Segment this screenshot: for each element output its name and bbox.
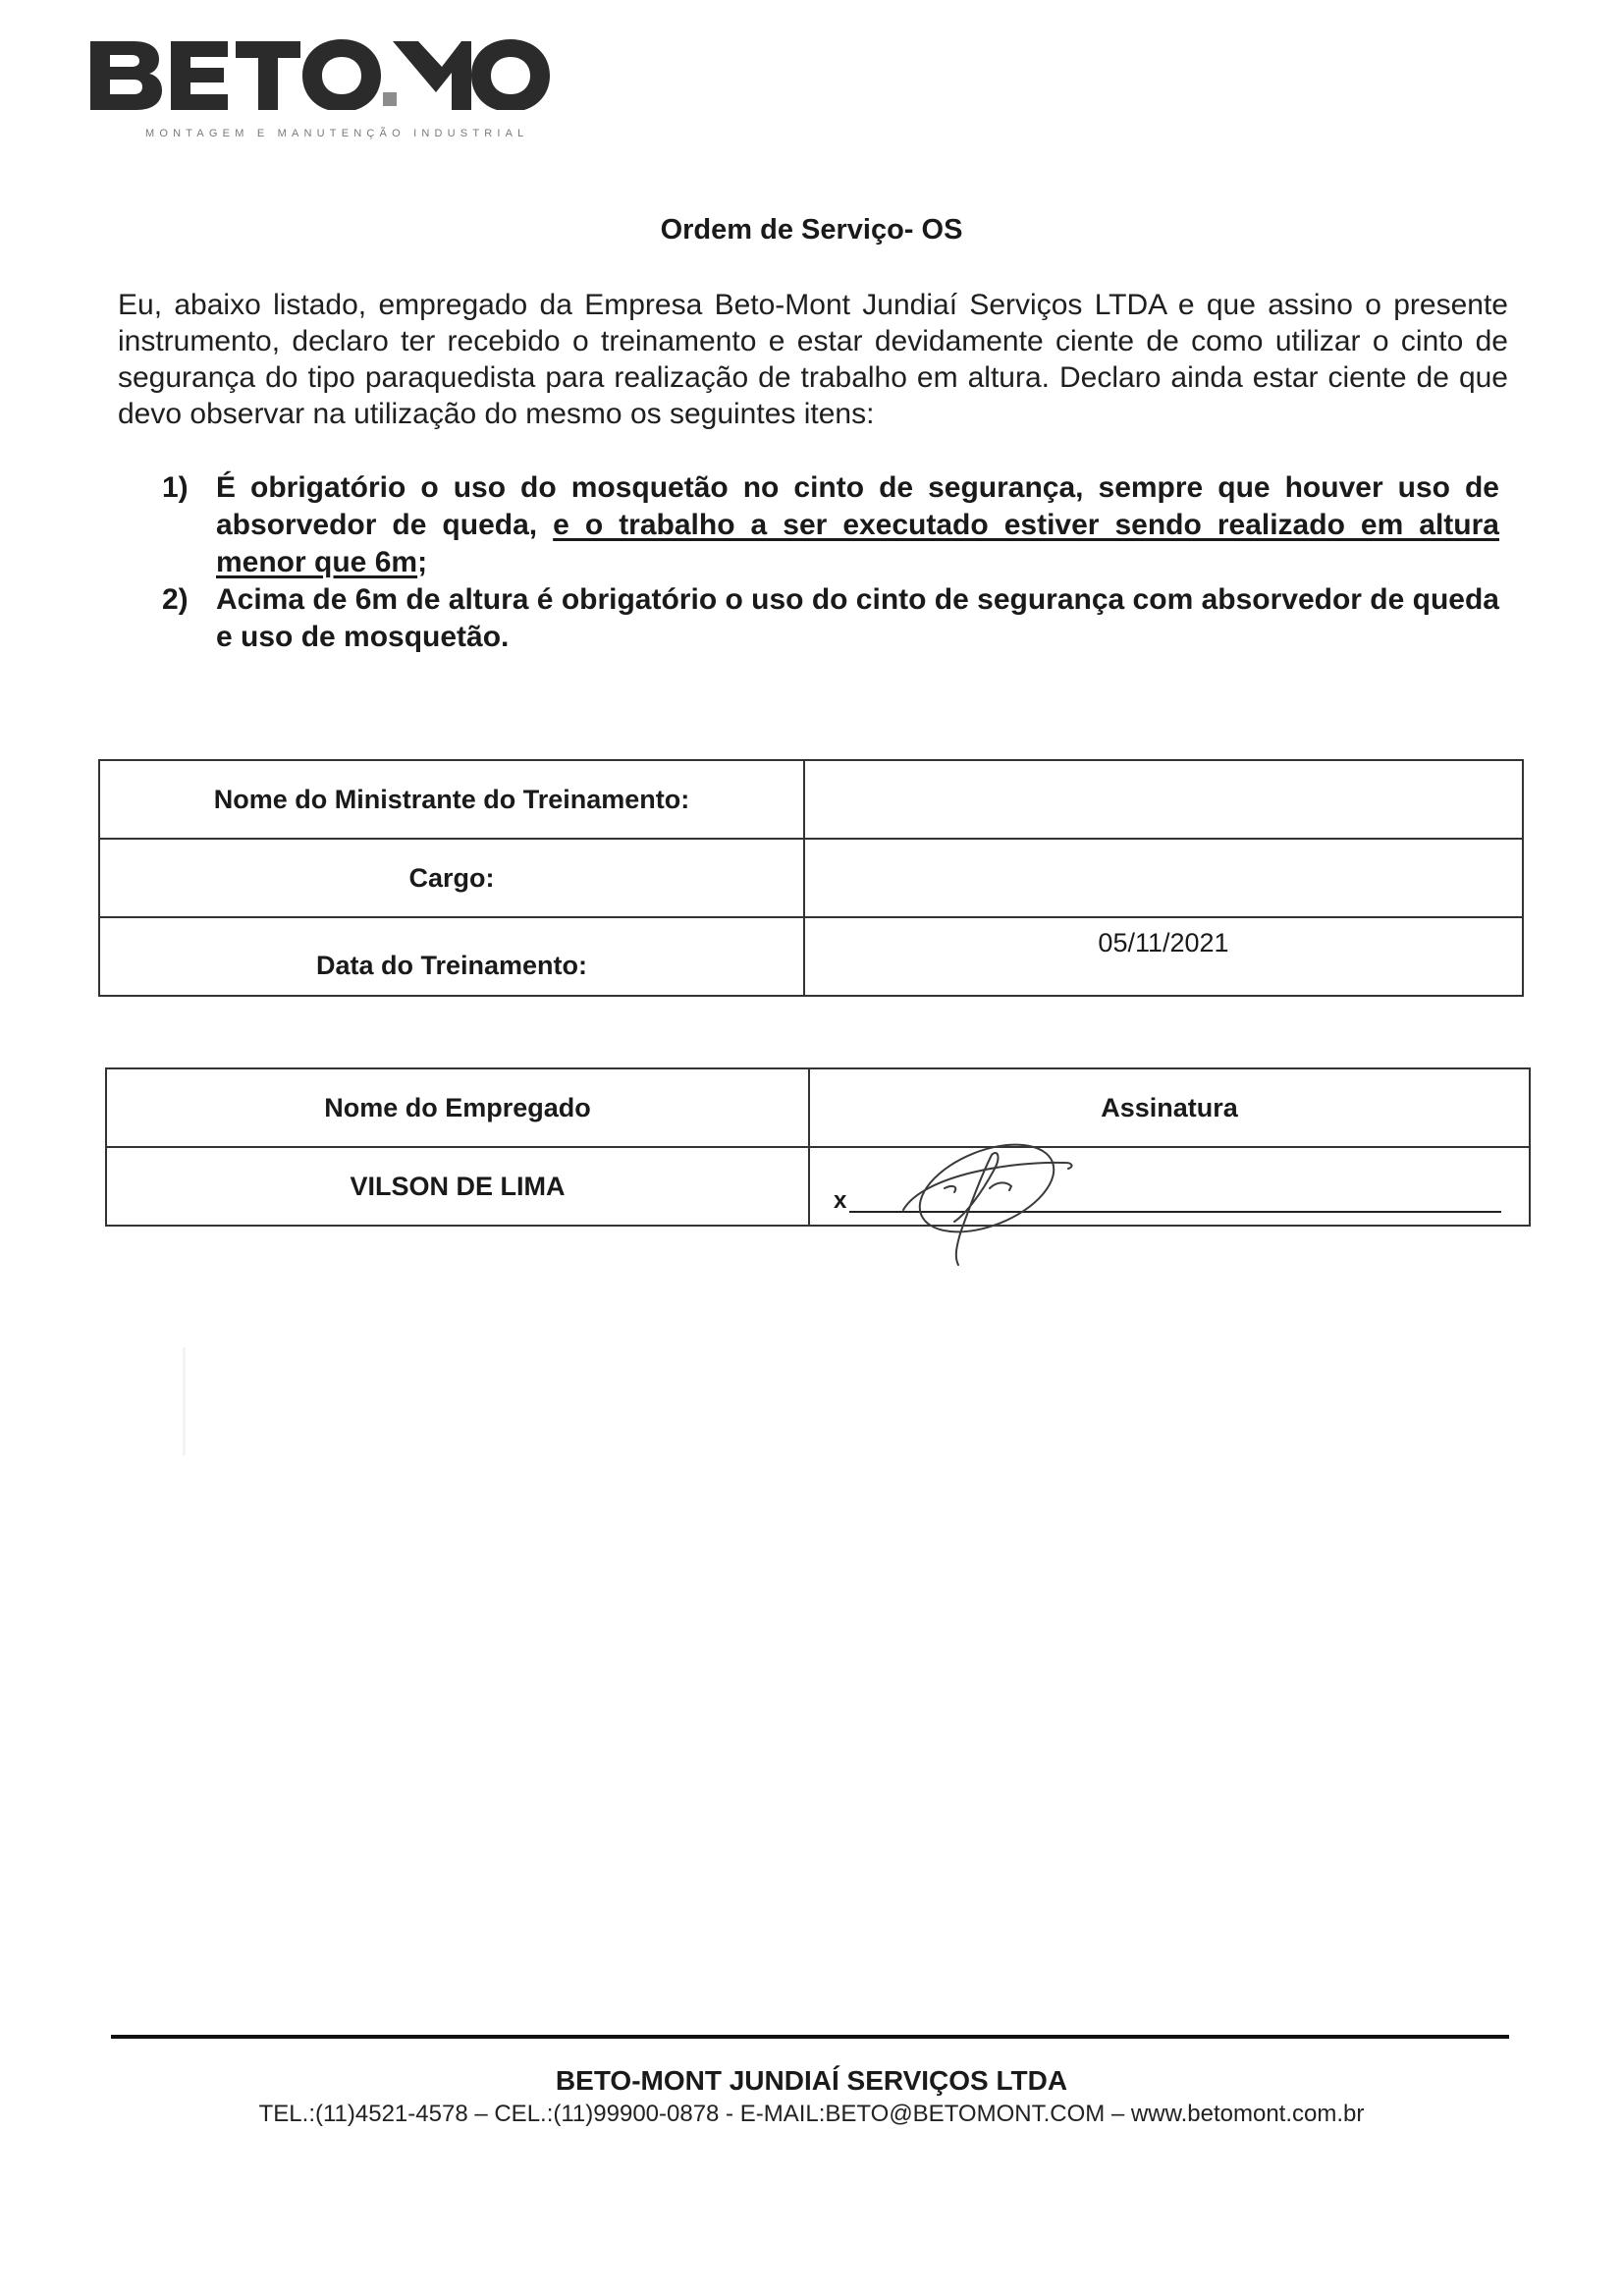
footer-divider — [111, 2035, 1509, 2039]
rule-text-tail: ; — [417, 546, 427, 578]
rule-number: 1) — [162, 469, 189, 507]
rules-list: 1) É obrigatório o uso do mosquetão no c… — [162, 469, 1499, 656]
signature-line — [849, 1211, 1501, 1213]
table-row: VILSON DE LIMA x — [106, 1147, 1530, 1226]
logo-tagline: MONTAGEM E MANUTENÇÃO INDUSTRIAL — [145, 128, 558, 139]
trainer-name-label: Nome do Ministrante do Treinamento: — [99, 760, 804, 839]
footer-contact-info: TEL.:(11)4521-4578 – CEL.:(11)99900-0878… — [0, 2101, 1623, 2128]
footer-company-name: BETO-MONT JUNDIAÍ SERVIÇOS LTDA — [0, 2065, 1623, 2097]
signature-prefix: x — [834, 1187, 846, 1215]
table-row: Data do Treinamento: 05/11/2021 — [99, 917, 1523, 996]
rule-item-2: 2) Acima de 6m de altura é obrigatório o… — [162, 581, 1499, 656]
table-header-row: Nome do Empregado Assinatura — [106, 1068, 1530, 1147]
training-date-label: Data do Treinamento: — [99, 917, 804, 996]
employee-signature-table: Nome do Empregado Assinatura VILSON DE L… — [105, 1067, 1531, 1227]
table-row: Nome do Ministrante do Treinamento: — [99, 760, 1523, 839]
table-row: Cargo: — [99, 839, 1523, 917]
trainer-name-field[interactable] — [804, 760, 1523, 839]
job-title-field[interactable] — [804, 839, 1523, 917]
rule-item-1: 1) É obrigatório o uso do mosquetão no c… — [162, 469, 1499, 581]
employee-name-header: Nome do Empregado — [106, 1068, 809, 1147]
betomont-wordmark-icon — [88, 33, 579, 110]
job-title-label: Cargo: — [99, 839, 804, 917]
training-date-field[interactable]: 05/11/2021 — [804, 917, 1523, 996]
signature-header: Assinatura — [809, 1068, 1530, 1147]
scan-artifact — [183, 1347, 186, 1455]
document-title: Ordem de Serviço- OS — [0, 214, 1623, 246]
logo-square — [383, 92, 397, 106]
training-info-table: Nome do Ministrante do Treinamento: Carg… — [98, 759, 1524, 997]
rule-text: Acima de 6m de altura é obrigatório o us… — [216, 583, 1499, 653]
rule-number: 2) — [162, 581, 189, 619]
signature-field[interactable]: x — [809, 1147, 1530, 1226]
company-logo: MONTAGEM E MANUTENÇÃO INDUSTRIAL — [88, 33, 579, 141]
training-date-value: 05/11/2021 — [1098, 918, 1228, 958]
employee-name-value: VILSON DE LIMA — [106, 1147, 809, 1226]
intro-paragraph: Eu, abaixo listado, empregado da Empresa… — [118, 287, 1508, 432]
